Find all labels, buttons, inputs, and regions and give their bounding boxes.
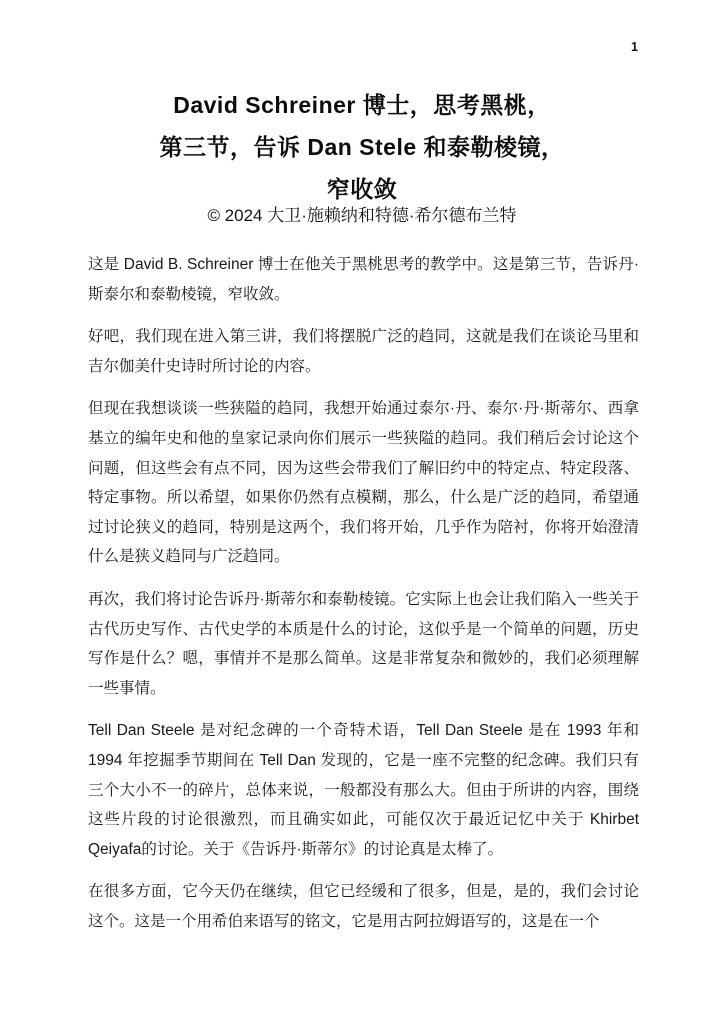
body-paragraph-1: 这是 David B. Schreiner 博士在他关于黑桃思考的教学中。这是第… [88,250,639,309]
body-paragraph-3: 但现在我想谈谈一些狭隘的趋同，我想开始通过泰尔·丹、泰尔·丹·斯蒂尔、西拿基立的… [88,394,639,572]
title-line-1: David Schreiner 博士，思考黑桃， [42,84,682,126]
copyright-byline: © 2024 大卫·施赖纳和特德·希尔德布兰特 [42,203,682,229]
body-paragraph-4: 再次，我们将讨论告诉丹·斯蒂尔和泰勒棱镜。它实际上也会让我们陷入一些关于古代历史… [88,585,639,703]
body-paragraph-6: 在很多方面，它今天仍在继续，但它已经缓和了很多，但是，是的，我们会讨论这个。这是… [88,877,639,936]
title-line-2: 第三节，告诉 Dan Stele 和泰勒棱镜， [42,126,682,168]
body-paragraph-2: 好吧，我们现在进入第三讲，我们将摆脱广泛的趋同，这就是我们在谈论马里和吉尔伽美什… [88,322,639,381]
page-number: 1 [631,40,638,54]
document-body: 这是 David B. Schreiner 博士在他关于黑桃思考的教学中。这是第… [88,250,639,949]
body-paragraph-5: Tell Dan Steele 是对纪念碑的一个奇特术语，Tell Dan St… [88,716,639,864]
document-page: 1 David Schreiner 博士，思考黑桃， 第三节，告诉 Dan St… [0,0,724,1024]
document-title: David Schreiner 博士，思考黑桃， 第三节，告诉 Dan Stel… [42,84,682,210]
